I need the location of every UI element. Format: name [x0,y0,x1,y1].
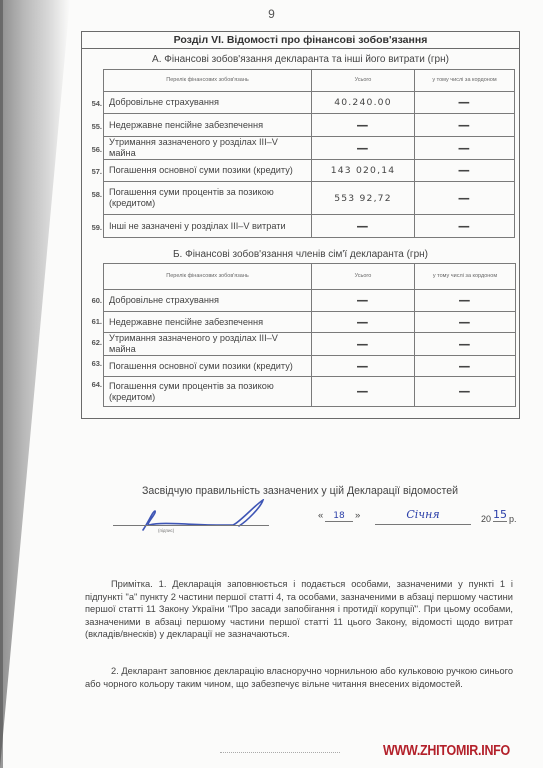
row-abroad: — [415,377,516,407]
table-row: Недержавне пенсійне забезпечення — — [104,312,516,333]
row-label: Утримання зазначеного у розділах III–V м… [104,137,312,160]
table-row: Утримання зазначеного у розділах III–V м… [104,333,516,356]
row-total: — [312,333,415,356]
row-abroad: — [415,333,516,356]
date-day: 18 [325,511,353,522]
row-total: — [312,312,415,333]
row-total: — [312,114,415,137]
date-suffix: р. [509,514,517,524]
date-year-prefix: 20 [481,514,491,524]
financial-obligations-section: Розділ VI. Відомості про фінансові зобов… [81,31,520,419]
row-label: Добровільне страхування [104,290,312,312]
date-month: Січня [375,508,471,525]
note-1-text: Примітка. 1. Декларація заповнюється і п… [85,578,513,641]
header-total: Усього [312,70,415,92]
signature-icon [135,499,275,531]
row-number: 55. [82,122,102,131]
scan-shadow [0,0,70,768]
row-number: 56. [82,145,102,154]
certification-statement: Засвідчую правильність зазначених у цій … [0,485,543,497]
row-total: 553 92,72 [312,182,415,215]
row-label: Інші не зазначені у розділах III–V витра… [104,215,312,238]
header-total: Усього [312,264,415,290]
table-b-title: Б. Фінансові зобов'язання членів сім'ї д… [82,249,519,260]
row-abroad: — [415,356,516,377]
row-abroad: — [415,182,515,215]
watermark: WWW.ZHITOMIR.INFO [383,743,510,759]
row-abroad: — [415,92,515,114]
row-abroad: — [415,137,515,160]
date-quote-open: « [318,510,323,521]
scan-artifact [220,752,340,753]
row-abroad: — [415,290,516,312]
table-row: Інші не зазначені у розділах III–V витра… [104,215,515,238]
note-2: 2. Декларант заповнює декларацію власнор… [85,665,513,690]
scan-edge [0,0,3,768]
row-number: 62. [82,338,102,347]
row-label: Утримання зазначеного у розділах III–V м… [104,333,312,356]
row-abroad: — [415,114,515,137]
row-number: 61. [82,317,102,326]
row-label: Недержавне пенсійне забезпечення [104,114,312,137]
page-number: 9 [0,7,543,21]
row-number: 54. [82,99,102,108]
row-total: — [312,356,415,377]
note-1: Примітка. 1. Декларація заповнюється і п… [85,578,513,641]
row-total: — [312,215,415,238]
table-row: Погашення суми процентів за позикою (кре… [104,182,515,215]
row-number: 58. [82,190,102,199]
date-quote-close: » [355,510,360,521]
table-row: Погашення основної суми позики (кредиту)… [104,356,516,377]
row-label: Погашення основної суми позики (кредиту) [104,160,312,182]
row-label: Погашення суми процентів за позикою (кре… [104,377,312,407]
header-abroad: у тому числі за кордоном [415,70,515,92]
row-total: — [312,377,415,407]
header-abroad: у тому числі за кордоном [415,264,516,290]
table-b: Перелік фінансових зобов'язань Усього у … [103,263,516,407]
signature-label: (підпис) [158,528,174,533]
table-header-row: Перелік фінансових зобов'язань Усього у … [104,70,515,92]
row-label: Погашення суми процентів за позикою (кре… [104,182,312,215]
signature-line [113,525,269,526]
table-row: Добровільне страхування 40.240.00 — [104,92,515,114]
date-year: 15 [493,508,507,522]
table-a-title: А. Фінансові зобов'язання декларанта та … [82,54,519,65]
row-label: Недержавне пенсійне забезпечення [104,312,312,333]
table-row: Утримання зазначеного у розділах III–V м… [104,137,515,160]
note-2-text: 2. Декларант заповнює декларацію власнор… [85,665,513,690]
table-row: Недержавне пенсійне забезпечення — — [104,114,515,137]
row-abroad: — [415,215,515,238]
table-header-row: Перелік фінансових зобов'язань Усього у … [104,264,516,290]
table-row: Погашення суми процентів за позикою (кре… [104,377,516,407]
row-label: Добровільне страхування [104,92,312,114]
header-list: Перелік фінансових зобов'язань [104,264,312,290]
row-number: 59. [82,223,102,232]
row-total: — [312,290,415,312]
row-number: 60. [82,296,102,305]
row-label: Погашення основної суми позики (кредиту) [104,356,312,377]
row-total: 143 020,14 [312,160,415,182]
row-abroad: — [415,160,515,182]
header-list: Перелік фінансових зобов'язань [104,70,312,92]
row-total: 40.240.00 [312,92,415,114]
table-row: Погашення основної суми позики (кредиту)… [104,160,515,182]
table-row: Добровільне страхування — — [104,290,516,312]
row-number: 64. [82,380,102,389]
table-a: Перелік фінансових зобов'язань Усього у … [103,69,515,238]
row-number: 63. [82,359,102,368]
row-number: 57. [82,167,102,176]
section-title: Розділ VI. Відомості про фінансові зобов… [82,32,519,49]
row-abroad: — [415,312,516,333]
row-total: — [312,137,415,160]
